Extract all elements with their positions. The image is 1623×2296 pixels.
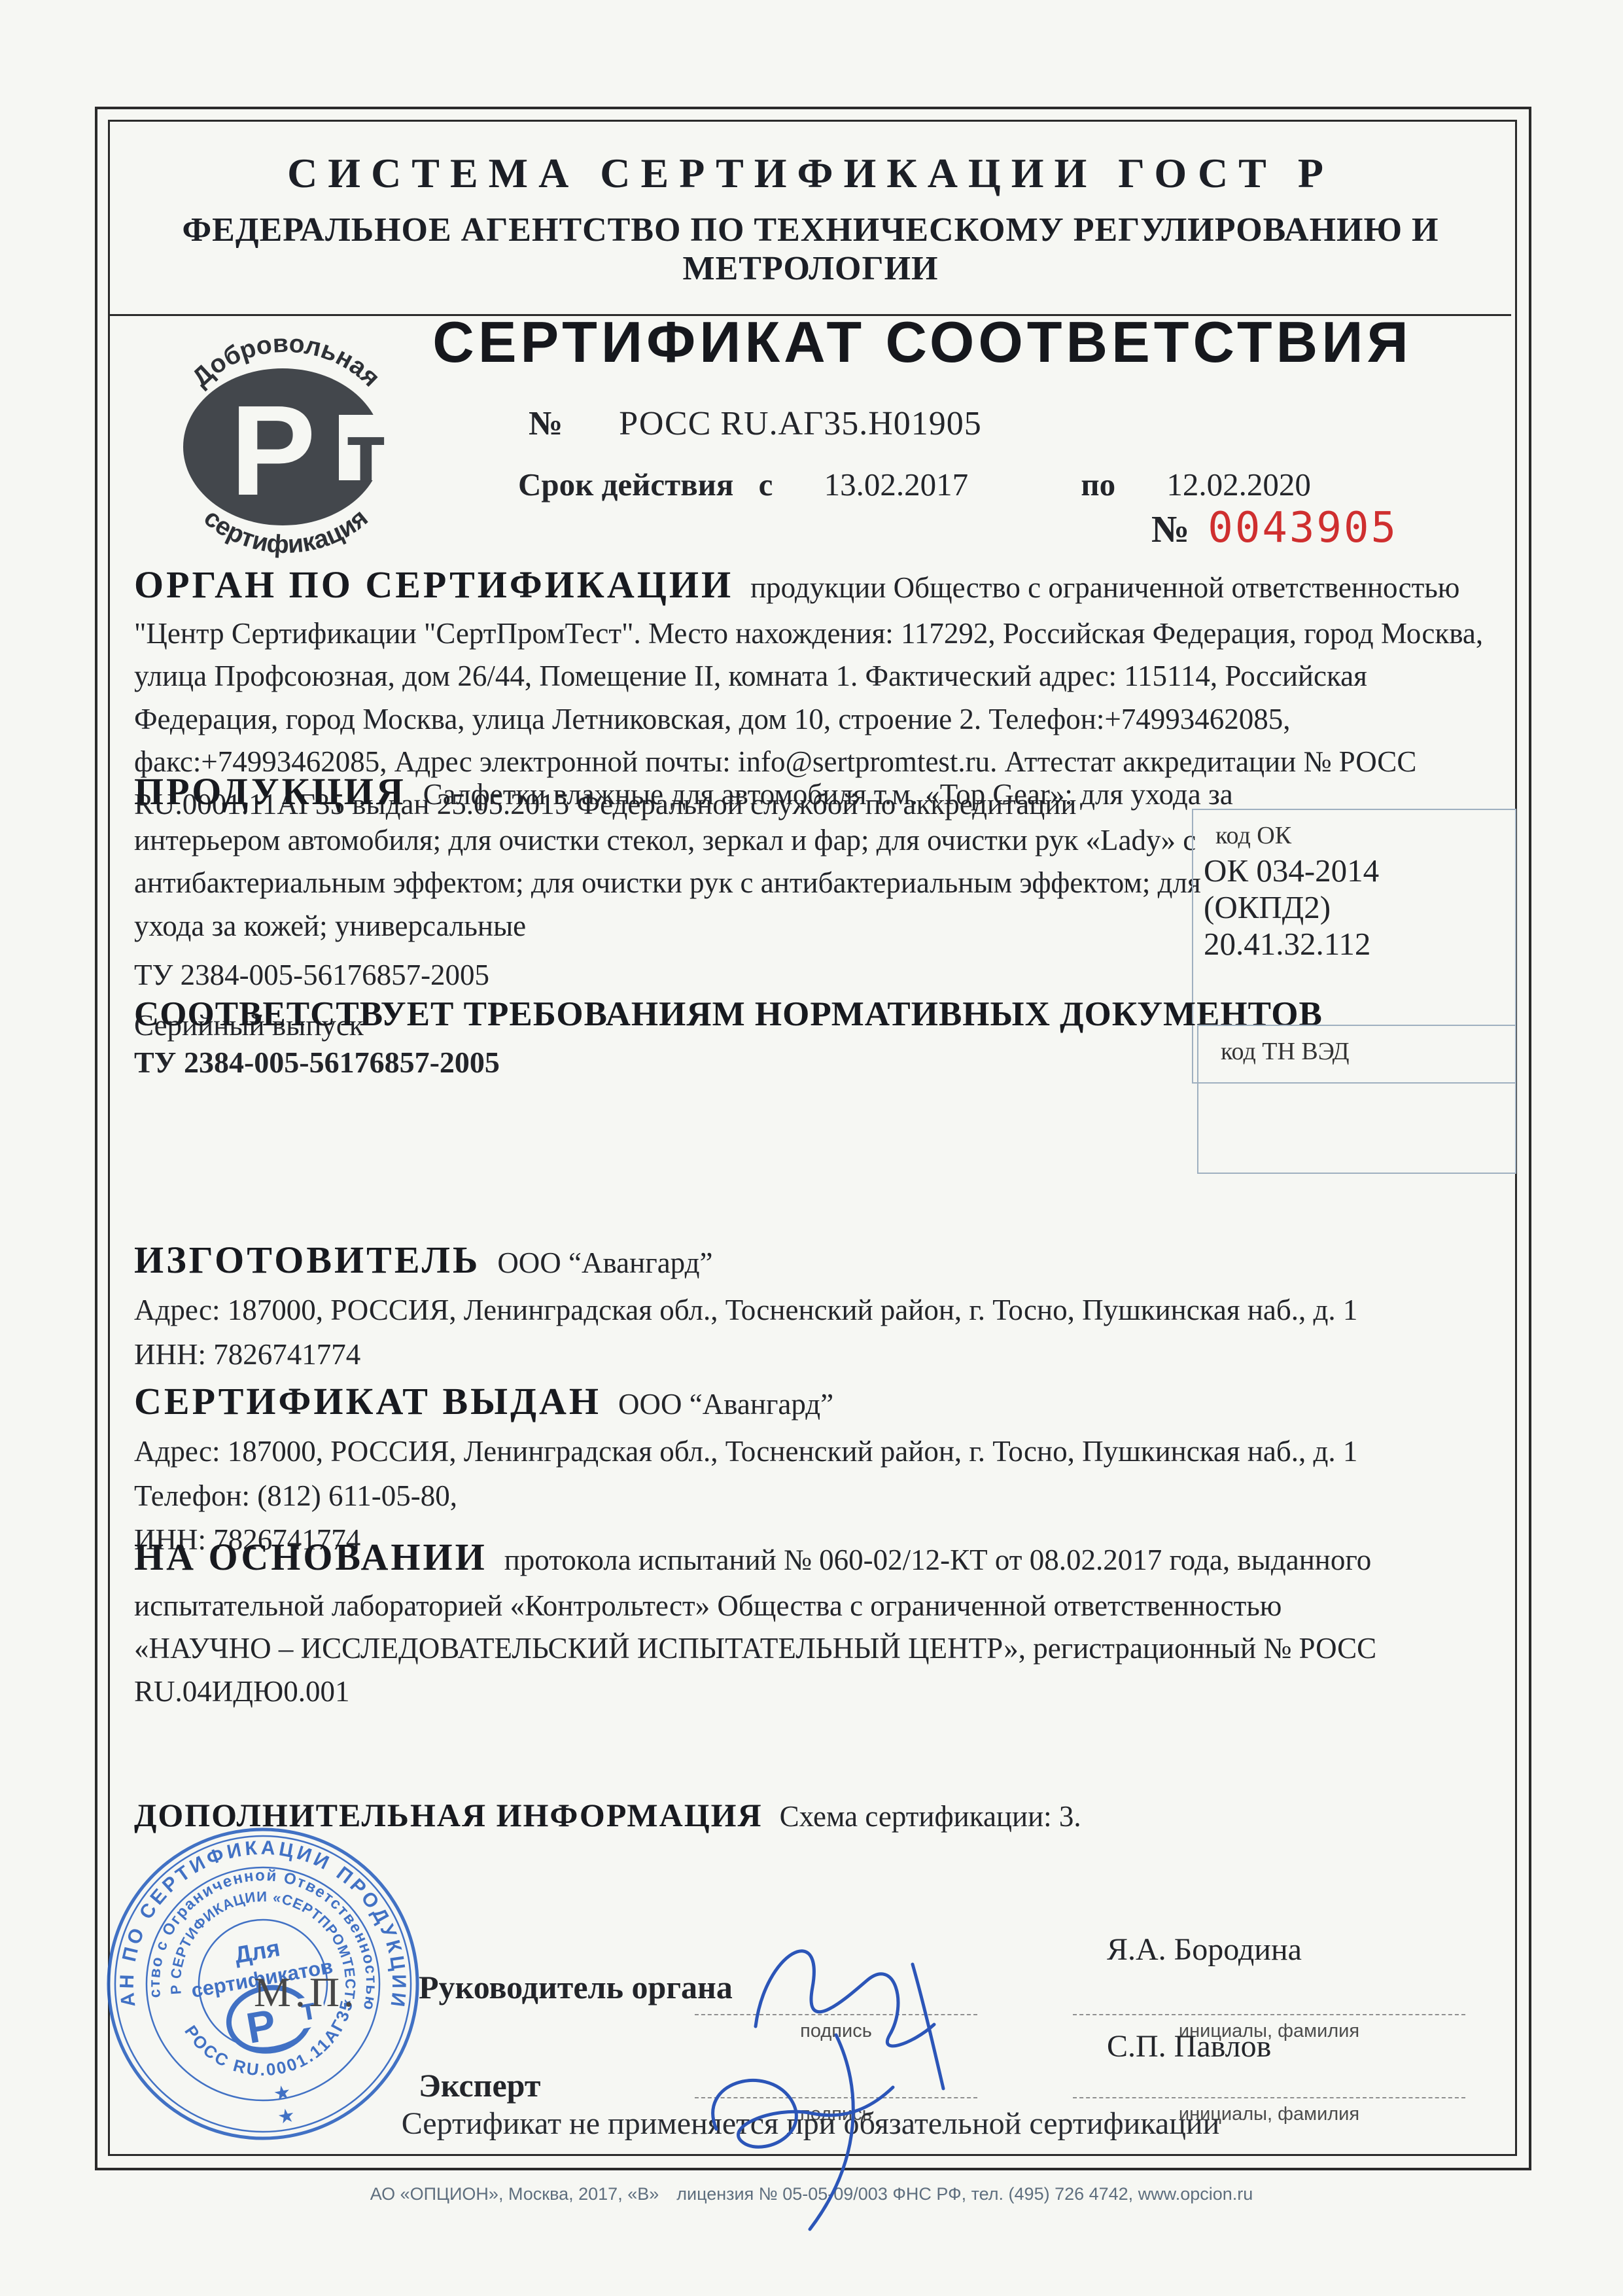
validity-row: Срок действия с 13.02.2017 по 12.02.2020 <box>518 466 1311 503</box>
head-name-line <box>1073 2014 1465 2015</box>
mp-seal-placeholder: М.П. <box>254 1968 358 2017</box>
head-name: Я.А. Бородина <box>1107 1932 1302 1968</box>
product-heading: ПРОДУКЦИЯ <box>134 770 406 813</box>
validity-label: Срок действия <box>518 466 733 503</box>
section-basis: НА ОСНОВАНИИпротокола испытаний № 060-02… <box>134 1530 1377 1713</box>
number-sign: № <box>529 405 563 442</box>
ok-code-line1: ОК 034-2014 <box>1193 853 1515 889</box>
stamp-star-1: ★ <box>273 2082 292 2104</box>
section-manufacturer: ИЗГОТОВИТЕЛЬООО “Авангард” Адрес: 187000… <box>134 1231 1516 1377</box>
issued-to-name: ООО “Авангард” <box>618 1388 833 1421</box>
logo-letter-r: Р <box>230 379 316 522</box>
validity-to-label: по <box>1081 466 1115 503</box>
blank-number-row: №0043905 <box>1151 504 1398 552</box>
validity-from-label: с <box>759 466 773 503</box>
expert-signature-ink <box>713 2035 893 2229</box>
validity-from-date: 13.02.2017 <box>824 466 969 503</box>
rst-logo: Добровольная Р т сертификация <box>145 319 427 561</box>
manufacturer-address: Адрес: 187000, РОССИЯ, Ленинградская обл… <box>134 1288 1516 1333</box>
handwritten-signatures <box>641 1873 1073 2239</box>
expert-name: С.П. Павлов <box>1107 2028 1271 2064</box>
expert-role-label: Эксперт <box>419 2066 540 2104</box>
ok-code-label: код ОК <box>1193 810 1515 853</box>
validity-to-date: 12.02.2020 <box>1166 466 1311 503</box>
blank-number: 0043905 <box>1208 504 1398 552</box>
manufacturer-name: ООО “Авангард” <box>497 1246 712 1279</box>
tnved-code-box: код ТН ВЭД <box>1197 1025 1516 1174</box>
header: СИСТЕМА СЕРТИФИКАЦИИ ГОСТ Р ФЕДЕРАЛЬНОЕ … <box>110 122 1511 316</box>
certificate-number-row: №РОСС RU.АГ35.Н01905 <box>529 404 982 443</box>
manufacturer-heading: ИЗГОТОВИТЕЛЬ <box>134 1239 480 1281</box>
stamp-center-line1: Для <box>232 1934 282 1968</box>
certification-body-heading: ОРГАН ПО СЕРТИФИКАЦИИ <box>134 563 733 606</box>
certificate-page: СИСТЕМА СЕРТИФИКАЦИИ ГОСТ Р ФЕДЕРАЛЬНОЕ … <box>0 0 1623 2296</box>
manufacturer-inn: ИНН: 7826741774 <box>134 1333 1516 1377</box>
additional-text: Схема сертификации: 3. <box>780 1800 1081 1833</box>
header-line1: СИСТЕМА СЕРТИФИКАЦИИ ГОСТ Р <box>110 149 1511 198</box>
tnved-code-label: код ТН ВЭД <box>1198 1026 1515 1069</box>
issued-to-phone: Телефон: (812) 611-05-80, <box>134 1474 1516 1519</box>
conforms-heading: СООТВЕТСТВУЕТ ТРЕБОВАНИЯМ НОРМАТИВНЫХ ДО… <box>134 989 1373 1040</box>
stamp-star-2: ★ <box>277 2105 296 2127</box>
header-line2: ФЕДЕРАЛЬНОЕ АГЕНТСТВО ПО ТЕХНИЧЕСКОМУ РЕ… <box>110 211 1511 288</box>
ok-code-line3: 20.41.32.112 <box>1193 926 1515 963</box>
issued-to-address: Адрес: 187000, РОССИЯ, Ленинградская обл… <box>134 1430 1516 1474</box>
logo-letter-t: т <box>345 406 387 500</box>
issued-to-heading: СЕРТИФИКАТ ВЫДАН <box>134 1380 601 1422</box>
blank-number-sign: № <box>1151 508 1189 550</box>
basis-heading: НА ОСНОВАНИИ <box>134 1536 487 1578</box>
certificate-number: РОСС RU.АГ35.Н01905 <box>619 405 982 442</box>
certificate-title: СЕРТИФИКАТ СООТВЕТСТВИЯ <box>406 309 1439 376</box>
expert-name-line <box>1073 2097 1465 2098</box>
ok-code-line2: (ОКПД2) <box>1193 889 1515 926</box>
